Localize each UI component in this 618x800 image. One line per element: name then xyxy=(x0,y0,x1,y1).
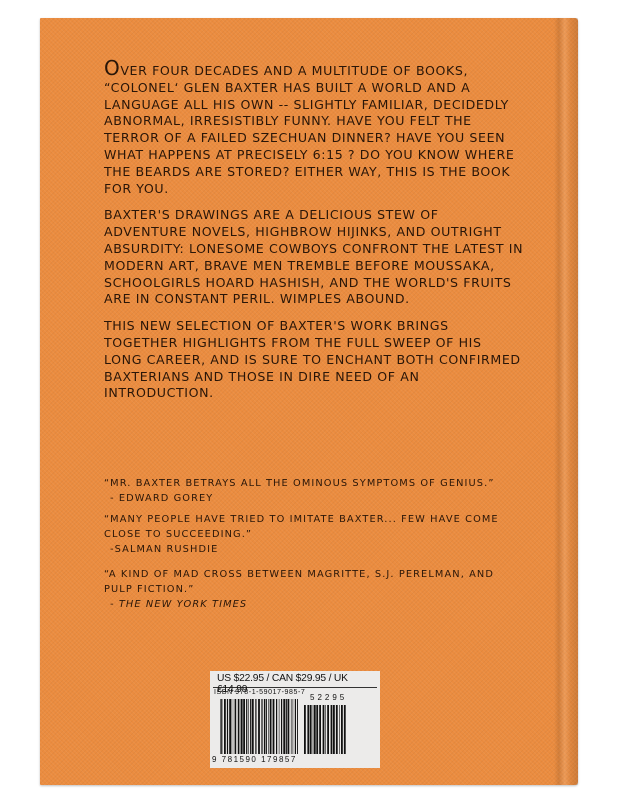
blurb-paragraph: Over four decades and a multitude of boo… xyxy=(104,60,524,197)
quote-text: “A kind of mad cross between Magritte, S… xyxy=(104,567,524,597)
review-quotes: “Mr. Baxter betrays all the ominous symp… xyxy=(104,476,524,618)
review-quote: “Many people have tried to imitate Baxte… xyxy=(104,512,524,557)
quote-attribution: - The New York Times xyxy=(104,597,524,612)
barcode-label: US $22.95 / CAN $29.95 / UK £14.99 ISBN … xyxy=(210,671,380,768)
supplement-barcode-icon xyxy=(304,705,346,754)
spine-hinge xyxy=(554,18,578,785)
quote-text: “Mr. Baxter betrays all the ominous symp… xyxy=(104,476,524,491)
quote-attribution: - Edward Gorey xyxy=(104,491,524,506)
ean-digits: 9 781590 179857 xyxy=(212,755,297,764)
isbn-text: ISBN 978-1-59017-985-7 xyxy=(210,688,380,696)
quote-attribution: -Salman Rushdie xyxy=(104,542,524,557)
blurb-paragraph: Baxter's drawings are a delicious stew o… xyxy=(104,207,524,308)
review-quote: “Mr. Baxter betrays all the ominous symp… xyxy=(104,476,524,506)
ean-barcode-icon xyxy=(220,699,298,754)
blurb: Over four decades and a multitude of boo… xyxy=(104,60,524,412)
review-quote: “A kind of mad cross between Magritte, S… xyxy=(104,567,524,612)
quote-text: “Many people have tried to imitate Baxte… xyxy=(104,512,524,542)
blurb-paragraph: This new selection of Baxter's work brin… xyxy=(104,318,524,402)
price-text: US $22.95 / CAN $29.95 / UK £14.99 xyxy=(213,671,377,688)
book-back-cover: Over four decades and a multitude of boo… xyxy=(40,18,578,785)
supplement-number: 52295 xyxy=(310,693,347,702)
